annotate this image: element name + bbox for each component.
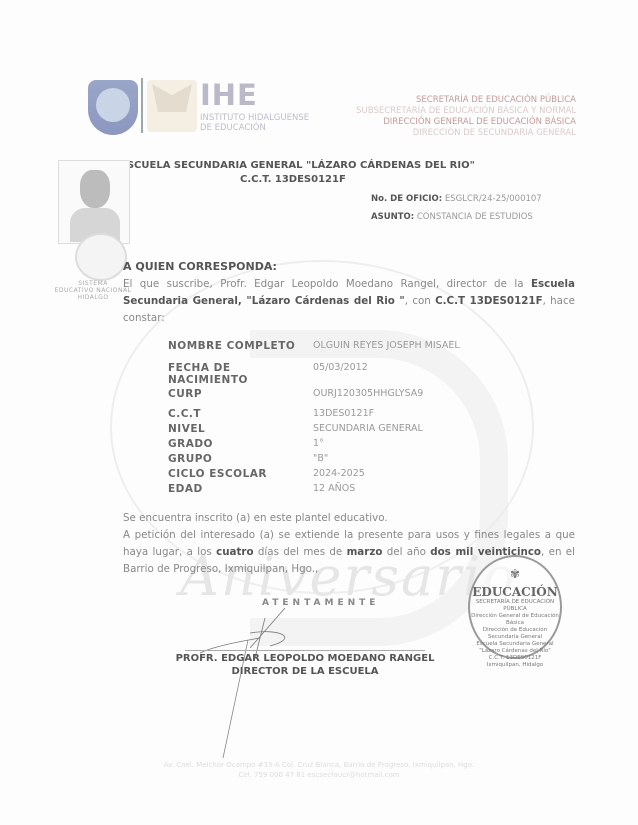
field-label: NIVEL xyxy=(168,423,313,438)
ihe-subtitle-line: DE EDUCACIÓN xyxy=(200,123,309,133)
closing-day: cuatro xyxy=(216,546,253,558)
ihe-title: IHE xyxy=(200,78,258,112)
field-row: GRADO1° xyxy=(168,438,460,453)
field-row: GRUPO"B" xyxy=(168,453,460,468)
stamp-line: Escuela Secundaria General xyxy=(470,641,560,648)
field-row: NIVELSECUNDARIA GENERAL xyxy=(168,423,460,438)
asunto-label: ASUNTO: xyxy=(371,212,414,222)
ihe-subtitle-line: INSTITUTO HIDALGUENSE xyxy=(200,113,309,123)
ihe-subtitle: INSTITUTO HIDALGUENSE DE EDUCACIÓN xyxy=(200,113,309,133)
national-seal-icon xyxy=(75,233,127,281)
field-row: C.C.T13DES0121F xyxy=(168,408,460,423)
field-row: EDAD12 AÑOS xyxy=(168,483,460,498)
intro-cct: C.C.T 13DES0121F xyxy=(435,295,543,307)
field-value: OLGUIN REYES JOSEPH MISAEL xyxy=(313,338,460,360)
oficio-label: No. DE OFICIO: xyxy=(371,194,442,204)
sep-line: DIRECCIÓN GENERAL DE EDUCACIÓN BÁSICA xyxy=(356,117,576,128)
sep-line: SUBSECRETARÍA DE EDUCACIÓN BÁSICA Y NORM… xyxy=(356,106,576,117)
field-label: GRUPO xyxy=(168,453,313,468)
field-label: GRADO xyxy=(168,438,313,453)
field-value: "B" xyxy=(313,453,460,468)
stamp-title: EDUCACIÓN xyxy=(470,585,560,599)
field-label: CURP xyxy=(168,386,313,408)
field-row: CURPOURJ120305HHGLYSA9 xyxy=(168,386,460,408)
closing-text: días del mes de xyxy=(254,546,347,558)
stamp-flower-icon: ✾ xyxy=(470,567,560,581)
stamp-line: SECRETARÍA DE EDUCACIÓN PÚBLICA xyxy=(470,599,560,613)
field-label: FECHA DE NACIMIENTO xyxy=(168,360,313,386)
director-block: PROFR. EDGAR LEOPOLDO MOEDANO RANGEL DIR… xyxy=(170,652,440,678)
field-row: FECHA DE NACIMIENTO05/03/2012 xyxy=(168,360,460,386)
stamp-line: "Lázaro Cárdenas del Río" xyxy=(470,648,560,655)
footer-address: Av. Cnel. Melchor Ocampo #33-A Col. Cruz… xyxy=(0,760,638,770)
signature-line xyxy=(185,650,425,651)
director-title: DIRECTOR DE LA ESCUELA xyxy=(170,665,440,678)
field-label: C.C.T xyxy=(168,408,313,423)
school-name: ESCUELA SECUNDARIA GENERAL "LÁZARO CÁRDE… xyxy=(120,160,475,171)
intro-paragraph: El que suscribe, Profr. Edgar Leopoldo M… xyxy=(123,276,575,327)
sep-line: DIRECCIÓN DE SECUNDARIA GENERAL xyxy=(356,128,576,139)
field-value: 13DES0121F xyxy=(313,408,460,423)
logo-divider xyxy=(141,78,143,133)
intro-text: El que suscribe, Profr. Edgar Leopoldo M… xyxy=(123,278,531,290)
greeting: A QUIEN CORRESPONDA: xyxy=(123,260,277,273)
field-row: NOMBRE COMPLETOOLGUIN REYES JOSEPH MISAE… xyxy=(168,338,460,360)
stamp-line: Dirección de Educación Secundaria Genera… xyxy=(470,627,560,641)
intro-text: , con xyxy=(405,295,435,307)
closing-text: del año xyxy=(382,546,430,558)
stamp-line: C.C.T. 13DES0121F xyxy=(470,655,560,662)
school-stamp: ✾ EDUCACIÓN SECRETARÍA DE EDUCACIÓN PÚBL… xyxy=(468,555,562,659)
field-label: EDAD xyxy=(168,483,313,498)
field-value: 1° xyxy=(313,438,460,453)
stamp-line: Dirección General de Educación Básica xyxy=(470,613,560,627)
asunto: ASUNTO: CONSTANCIA DE ESTUDIOS xyxy=(371,212,533,222)
field-value: SECUNDARIA GENERAL xyxy=(313,423,460,438)
oficio-value: ESGLCR/24-25/000107 xyxy=(445,194,542,204)
school-cct: C.C.T. 13DES0121F xyxy=(240,174,346,185)
closing-month: marzo xyxy=(347,546,383,558)
footer-phone-email: Cel. 759 000 47 81 escsecfaucr@hotmail.c… xyxy=(0,770,638,780)
oficio-number: No. DE OFICIO: ESGLCR/24-25/000107 xyxy=(371,194,542,204)
field-label: CICLO ESCOLAR xyxy=(168,468,313,483)
atentamente: ATENTAMENTE xyxy=(262,598,379,608)
stamp-line: Ixmiquilpan, Hidalgo xyxy=(470,662,560,669)
student-photo-face xyxy=(80,170,110,208)
field-label: NOMBRE COMPLETO xyxy=(168,338,313,360)
enrolled-statement: Se encuentra inscrito (a) en este plante… xyxy=(123,510,575,527)
field-value: 2024-2025 xyxy=(313,468,460,483)
field-row: CICLO ESCOLAR2024-2025 xyxy=(168,468,460,483)
sep-line: SECRETARÍA DE EDUCACIÓN PÚBLICA xyxy=(356,95,576,106)
field-value: 05/03/2012 xyxy=(313,360,460,386)
student-fields-table: NOMBRE COMPLETOOLGUIN REYES JOSEPH MISAE… xyxy=(168,338,460,498)
field-value: OURJ120305HHGLYSA9 xyxy=(313,386,460,408)
asunto-value: CONSTANCIA DE ESTUDIOS xyxy=(417,212,533,222)
sep-header: SECRETARÍA DE EDUCACIÓN PÚBLICA SUBSECRE… xyxy=(356,95,576,139)
school-shield-emblem xyxy=(96,88,130,122)
footer-contact: Av. Cnel. Melchor Ocampo #33-A Col. Cruz… xyxy=(0,760,638,780)
director-name: PROFR. EDGAR LEOPOLDO MOEDANO RANGEL xyxy=(170,652,440,665)
field-value: 12 AÑOS xyxy=(313,483,460,498)
